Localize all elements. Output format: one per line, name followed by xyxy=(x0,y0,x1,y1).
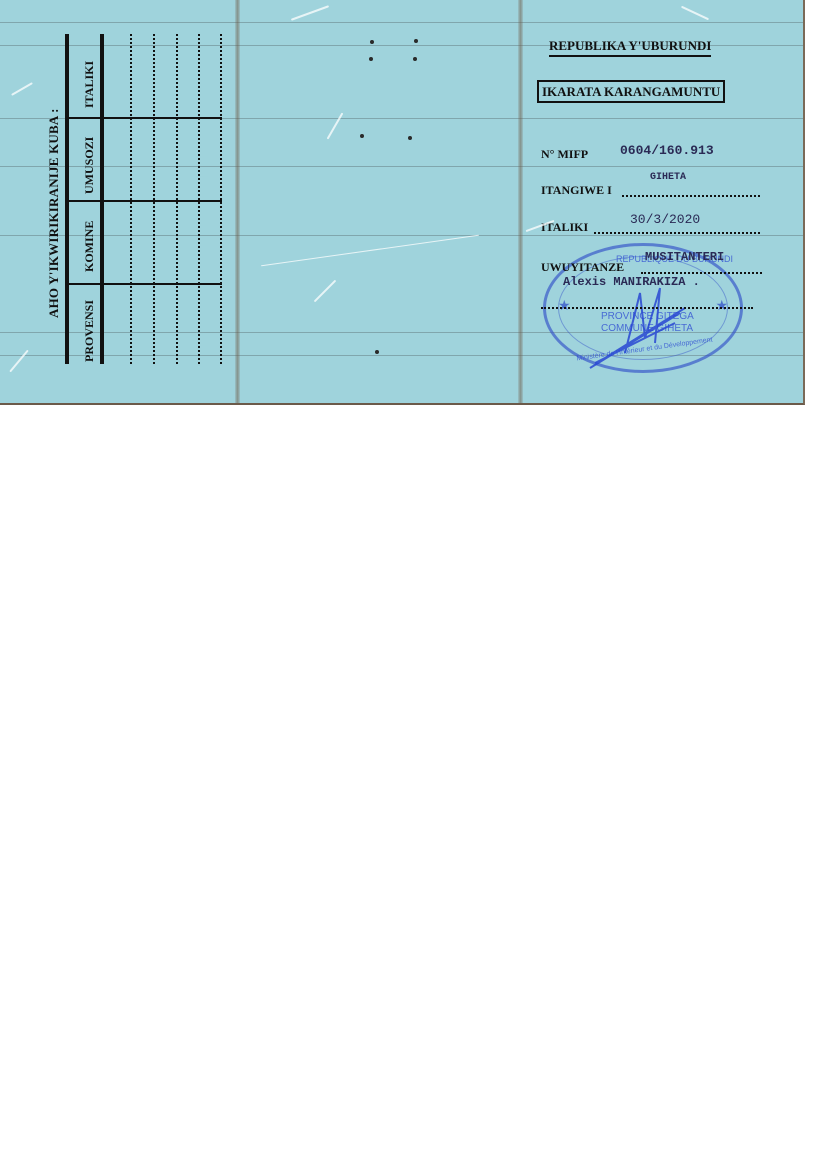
issuer-line xyxy=(641,272,762,274)
left-panel: AHO Y'IKWIRIKIRANIJE KUBA : PROVENSI KOM… xyxy=(0,0,235,403)
date-line xyxy=(594,232,760,234)
mifp-label: N° MIFP xyxy=(541,147,588,162)
column-italiki: ITALIKI xyxy=(82,61,97,108)
table-dotted-row xyxy=(198,34,200,364)
signature xyxy=(585,283,695,373)
issued-at-line xyxy=(622,195,760,197)
staple-hole xyxy=(414,39,418,43)
issued-at-value: GIHETA xyxy=(650,172,686,183)
table-border-left xyxy=(65,34,69,364)
scratch-mark xyxy=(314,280,337,303)
id-card: AHO Y'IKWIRIKIRANIJE KUBA : PROVENSI KOM… xyxy=(0,0,805,405)
middle-panel xyxy=(240,0,518,403)
column-provensi: PROVENSI xyxy=(82,300,97,362)
staple-hole xyxy=(370,40,374,44)
table-dotted-row xyxy=(176,34,178,364)
card-title: IKARATA KARANGAMUNTU xyxy=(537,80,725,103)
scratch-mark xyxy=(9,350,29,373)
scratch-mark xyxy=(11,82,33,96)
signature-line xyxy=(541,307,753,309)
staple-hole xyxy=(375,350,379,354)
scratch-mark xyxy=(261,235,479,267)
issuer-name: Alexis MANIRAKIZA . xyxy=(563,275,700,289)
residence-title: AHO Y'IKWIRIKIRANIJE KUBA : xyxy=(46,108,62,318)
scratch-mark xyxy=(327,113,344,140)
issuer-label: UWUYITANZE xyxy=(541,260,624,275)
staple-hole xyxy=(413,57,417,61)
scratch-mark xyxy=(291,5,329,21)
staple-hole xyxy=(360,134,364,138)
table-border-header xyxy=(100,34,104,364)
issuer-title: MUSITANTERI xyxy=(645,250,724,264)
mifp-value: 0604/160.913 xyxy=(620,143,714,158)
table-dotted-row xyxy=(220,34,222,364)
republic-heading: REPUBLIKA Y'UBURUNDI xyxy=(549,38,711,57)
staple-hole xyxy=(408,136,412,140)
table-dotted-row xyxy=(153,34,155,364)
date-value: 30/3/2020 xyxy=(630,212,700,227)
table-dotted-row xyxy=(130,34,132,364)
staple-hole xyxy=(369,57,373,61)
column-komine: KOMINE xyxy=(82,221,97,272)
issued-at-label: ITANGIWE I xyxy=(541,183,612,198)
column-umusozi: UMUSOZI xyxy=(82,137,97,194)
